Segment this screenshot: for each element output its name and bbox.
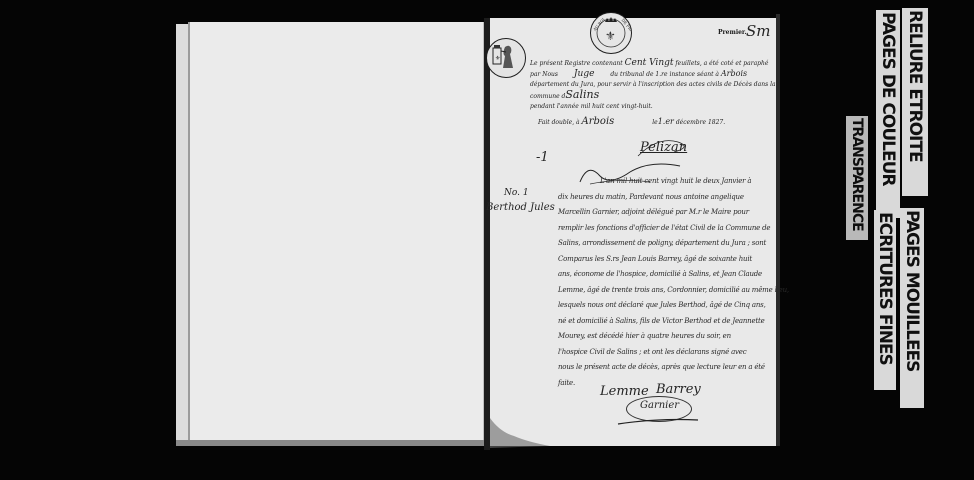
entry-line: ans, économe de l'hospice, domicilié à S… [558, 267, 789, 283]
tribunal-city-handwritten: Arbois [721, 69, 747, 78]
signature-barrey: Barrey [656, 382, 701, 397]
judge-title-handwritten: Juge [560, 69, 609, 79]
done-line: Fait double, à Arbois le1.er décembre 18… [538, 117, 725, 128]
left-blank-page [188, 22, 486, 444]
svg-text:DE FRANCE: DE FRANCE [620, 18, 631, 41]
intro-line-1: Le présent Registre contenant Cent Vingt… [530, 58, 776, 69]
signature-garnier: Garnier [640, 400, 679, 411]
signature-underline-icon [616, 414, 706, 430]
entry-line: lesquels nous ont déclaré que Jules Bert… [558, 298, 789, 314]
entry-line: L'an mil huit cent vingt huit le deux Ja… [558, 174, 789, 190]
crown-fleur-icon: ⚜ AU ROI DE FRANCE [591, 13, 631, 53]
page-damage-icon [490, 418, 550, 448]
margin-entry-number: No. 1 [504, 188, 529, 198]
allegory-seal-icon: ⚜ [486, 38, 526, 78]
left-page-bottom-edge [176, 440, 486, 446]
folio-count-handwritten: Cent Vingt [625, 58, 674, 68]
entry-line: Comparus les S.rs Jean Louis Barrey, âgé… [558, 252, 789, 268]
svg-text:⚜: ⚜ [495, 55, 500, 62]
entry-line: Mourey, est décédé hier à quatre heures … [558, 329, 789, 345]
right-register-page: ⚜ ⚜ AU ROI DE FRANCE Premier. Sm Le prés… [490, 18, 776, 446]
entry-line: dix heures du matin, Pardevant nous anto… [558, 190, 789, 206]
signature-lemme: Lemme [600, 384, 649, 399]
entry-line: Salins, arrondissement de poligny, dépar… [558, 236, 789, 252]
register-intro: Le présent Registre contenant Cent Vingt… [530, 58, 776, 112]
royal-stamp-icon: ⚜ AU ROI DE FRANCE [590, 12, 632, 54]
done-city-handwritten: Arbois [582, 116, 651, 127]
entry-line: Lemme, âgé de trente trois ans, Cordonni… [558, 283, 789, 299]
label-pages-de-couleur: PAGES DE COULEUR [876, 10, 900, 218]
intro-line-2: par Nous Juge du tribunal de 1.re instan… [530, 69, 776, 80]
svg-text:⚜: ⚜ [605, 29, 616, 43]
label-ecritures-fines: ECRITURES FINES [874, 210, 896, 390]
death-record-entry: L'an mil huit cent vingt huit le deux Ja… [558, 174, 789, 391]
premier-stamp: Premier. [718, 28, 747, 38]
margin-deceased-name: Berthod Jules [486, 202, 555, 213]
entry-number: -1 [536, 150, 549, 165]
entry-line: l'hospice Civil de Salins ; et ont les d… [558, 345, 789, 361]
entry-line: nous le présent acte de décès, après que… [558, 360, 789, 376]
right-page-edge [776, 14, 780, 446]
allegory-figure-icon: ⚜ [487, 39, 525, 77]
intro-line-5: pendant l'année mil huit cent vingt-huit… [530, 102, 776, 112]
entry-line: Marcellin Garnier, adjoint délégué par M… [558, 205, 789, 221]
label-pages-mouillees: PAGES MOUILLEES [900, 208, 924, 408]
intro-line-4: commune dSalins [530, 90, 776, 102]
commune-name-handwritten: Salins [565, 88, 599, 101]
paraphe-mark: Sm [746, 22, 771, 40]
entry-line: né et domicilié à Salins, fils de Victor… [558, 314, 789, 330]
label-reliure-etroite: RELIURE ETROITE [902, 8, 928, 196]
label-transparence: TRANSPARENCE [846, 116, 868, 240]
entry-line: remplir les fonctions d'officier de l'ét… [558, 221, 789, 237]
svg-text:AU ROI: AU ROI [591, 17, 606, 33]
